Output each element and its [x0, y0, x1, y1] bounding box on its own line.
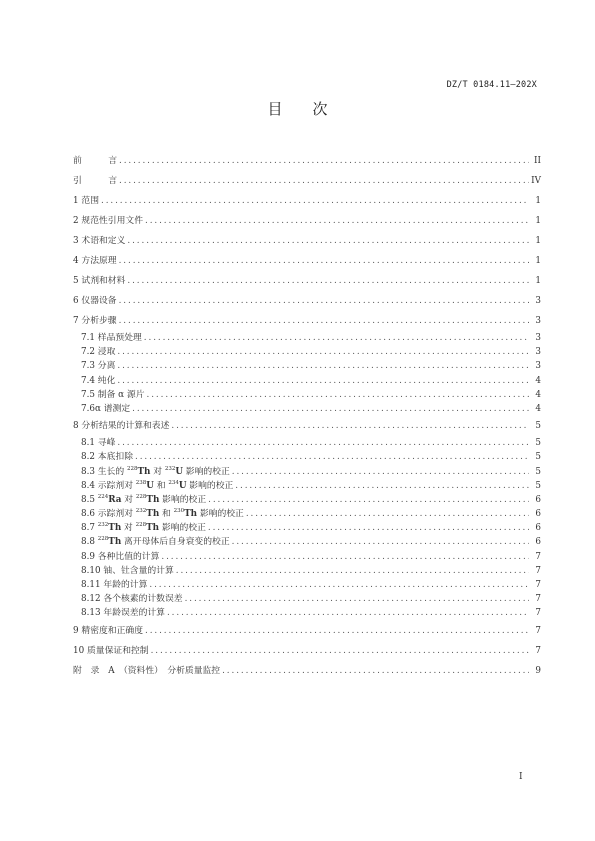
toc-label: 纯化	[98, 376, 116, 386]
toc-entry-4[interactable]: 4 方法原理 1	[73, 251, 541, 271]
leader-dots	[119, 151, 529, 171]
isotope-mass: 228	[136, 522, 147, 528]
toc-num: 3	[73, 236, 79, 246]
toc-label: 各种比值的计算	[98, 552, 160, 562]
toc-label: 各个核素的计数误差	[103, 594, 182, 604]
toc-page: 3	[531, 311, 541, 331]
toc-entry-introduction[interactable]: 引 言 IV	[73, 171, 541, 191]
leader-dots	[117, 345, 529, 359]
toc-num: 8.4	[81, 481, 95, 491]
toc-num: 4	[73, 256, 79, 266]
leader-dots	[119, 311, 529, 331]
toc-entry-7-2[interactable]: 7.2 浸取 3	[73, 345, 541, 359]
toc-label: 分析结果的计算和表述	[81, 421, 169, 431]
leader-dots	[232, 465, 529, 479]
toc-page: 3	[531, 345, 541, 359]
leader-dots	[117, 374, 529, 388]
leader-dots	[132, 402, 529, 416]
toc-label: α 谱测定	[95, 404, 130, 414]
toc-num: 6	[73, 296, 79, 306]
leader-dots	[222, 661, 529, 681]
toc-page: 5	[531, 450, 541, 464]
toc-page: 1	[531, 231, 541, 251]
toc-num: 7.4	[81, 376, 95, 386]
leader-dots	[127, 271, 529, 291]
toc-page: 4	[531, 388, 541, 402]
toc-entry-7-4[interactable]: 7.4 纯化 4	[73, 374, 541, 388]
toc-num: 7.6	[81, 404, 95, 414]
toc-entry-2[interactable]: 2 规范性引用文件 1	[73, 211, 541, 231]
leader-dots	[119, 251, 529, 271]
toc-page: 6	[531, 535, 541, 549]
element-symbol: Ra	[108, 495, 121, 505]
toc-page: 3	[531, 359, 541, 373]
element-symbol: U	[146, 481, 154, 491]
leader-dots	[119, 291, 529, 311]
leader-dots	[232, 535, 529, 549]
toc-num: 1	[73, 196, 79, 206]
toc-entry-8-2[interactable]: 8.2 本底扣除 5	[73, 450, 541, 464]
toc-num: 8.3	[81, 467, 95, 477]
toc-entry-appendix-a[interactable]: 附 录 A （资料性） 分析质量监控 9	[73, 661, 541, 681]
toc-entry-8[interactable]: 8 分析结果的计算和表述 5	[73, 416, 541, 436]
label-text: 对	[122, 495, 136, 505]
toc-page: 7	[531, 606, 541, 620]
toc-page: IV	[531, 171, 541, 191]
toc-page: 6	[531, 493, 541, 507]
toc-label: 制备 α 源片	[98, 390, 145, 400]
element-symbol: Th	[108, 523, 121, 533]
toc-label: 试剂和材料	[81, 276, 125, 286]
toc-entry-6[interactable]: 6 仪器设备 3	[73, 291, 541, 311]
toc-entry-7[interactable]: 7 分析步骤 3	[73, 311, 541, 331]
toc-label: 样品预处理	[98, 333, 142, 343]
toc-num: 2	[73, 216, 79, 226]
toc-entry-8-9[interactable]: 8.9 各种比值的计算 7	[73, 550, 541, 564]
toc-entry-8-3[interactable]: 8.3 生长的 228Th 对 232U 影响的校正 5	[73, 465, 541, 479]
isotope-mass: 224	[98, 494, 109, 500]
toc-label: 年龄误差的计算	[103, 608, 165, 618]
toc-num: 10	[73, 646, 84, 656]
toc-entry-1[interactable]: 1 范围 1	[73, 191, 541, 211]
label-text: 影响的校正	[187, 481, 234, 491]
toc-entry-8-1[interactable]: 8.1 寻峰 5	[73, 436, 541, 450]
toc-page: 1	[531, 271, 541, 291]
toc-num: 8.10	[81, 566, 101, 576]
toc-label: 浸取	[98, 347, 116, 357]
label-text: 和	[154, 481, 168, 491]
label-text: 对	[121, 523, 135, 533]
leader-dots	[208, 521, 529, 535]
toc-num: 8.11	[81, 580, 101, 590]
toc-entry-foreword[interactable]: 前 言 II	[73, 151, 541, 171]
leader-dots	[127, 231, 529, 251]
label-text: 和	[159, 509, 173, 519]
leader-dots	[208, 493, 529, 507]
toc-label: 分析步骤	[81, 316, 116, 326]
toc-num: 9	[73, 626, 79, 636]
toc-label: 本底扣除	[98, 452, 133, 462]
toc-entry-8-13[interactable]: 8.13 年龄误差的计算 7	[73, 606, 541, 620]
leader-dots	[185, 592, 529, 606]
toc-num: 8.6	[81, 509, 95, 519]
title-char-2: 次	[313, 98, 328, 119]
toc-page: 5	[531, 436, 541, 450]
toc-num: 7.1	[81, 333, 95, 343]
toc-page: 7	[531, 564, 541, 578]
toc-page: 4	[531, 402, 541, 416]
toc-label: 规范性引用文件	[81, 216, 143, 226]
toc-label: 分离	[98, 361, 116, 371]
isotope-mass: 234	[168, 480, 179, 486]
toc-page: 7	[531, 621, 541, 641]
leader-dots	[145, 211, 529, 231]
leader-dots	[145, 621, 529, 641]
toc-num: 8.7	[81, 523, 95, 533]
toc-entry-9[interactable]: 9 精密度和正确度 7	[73, 621, 541, 641]
isotope-mass: 228	[127, 466, 138, 472]
toc-label: 附 录 A （资料性） 分析质量监控	[73, 661, 220, 681]
toc-num: 5	[73, 276, 79, 286]
toc-entry-8-6[interactable]: 8.6 示踪剂对 232Th 和 230Th 影响的校正 6	[73, 507, 541, 521]
toc-num: 7.2	[81, 347, 95, 357]
toc-label: 前 言	[73, 151, 117, 171]
element-symbol: Th	[146, 509, 159, 519]
toc-entry-8-7[interactable]: 8.7 232Th 对 228Th 影响的校正 6	[73, 521, 541, 535]
toc-entry-3[interactable]: 3 术语和定义 1	[73, 231, 541, 251]
toc-label: 仪器设备	[81, 296, 116, 306]
toc-page: 7	[531, 578, 541, 592]
toc-num: 8.13	[81, 608, 101, 618]
toc-page: 7	[531, 641, 541, 661]
leader-dots	[135, 450, 529, 464]
page-number: I	[519, 772, 523, 782]
toc-num: 8.9	[81, 552, 95, 562]
page-title: 目次	[0, 98, 595, 119]
isotope-mass: 232	[136, 508, 147, 514]
label-text: 影响的校正	[159, 523, 206, 533]
element-symbol: U	[175, 467, 183, 477]
toc-label: 引 言	[73, 171, 117, 191]
toc-num: 8.1	[81, 438, 95, 448]
label-text: 影响的校正	[159, 495, 206, 505]
leader-dots	[167, 606, 529, 620]
leader-dots	[101, 191, 529, 211]
leader-dots	[246, 507, 529, 521]
isotope-mass: 228	[136, 494, 147, 500]
toc-num: 7	[73, 316, 79, 326]
toc-label: 寻峰	[98, 438, 116, 448]
label-text: 影响的校正	[183, 467, 230, 477]
leader-dots	[117, 436, 529, 450]
toc-label: 范围	[81, 196, 99, 206]
leader-dots	[171, 416, 529, 436]
element-symbol: Th	[137, 467, 150, 477]
label-text: 影响的校正	[197, 509, 244, 519]
toc-num: 8.12	[81, 594, 101, 604]
toc-entry-8-10[interactable]: 8.10 铀、钍含量的计算 7	[73, 564, 541, 578]
label-text: 对	[150, 467, 164, 477]
toc-page: 5	[531, 416, 541, 436]
toc-num: 8.5	[81, 495, 95, 505]
toc-entry-8-11[interactable]: 8.11 年龄的计算 7	[73, 578, 541, 592]
toc-page: 9	[531, 661, 541, 681]
toc-label: 铀、钍含量的计算	[103, 566, 173, 576]
toc-page: 5	[531, 479, 541, 493]
toc-num: 8.2	[81, 452, 95, 462]
leader-dots	[119, 171, 529, 191]
isotope-mass: 232	[98, 522, 109, 528]
toc-entry-7-1[interactable]: 7.1 样品预处理 3	[73, 331, 541, 345]
label-text: 生长的	[98, 467, 127, 477]
leader-dots	[235, 479, 529, 493]
toc-label: 精密度和正确度	[81, 626, 143, 636]
toc-page: II	[531, 151, 541, 171]
isotope-mass: 238	[136, 480, 147, 486]
toc-entry-10[interactable]: 10 质量保证和控制 7	[73, 641, 541, 661]
toc-num: 8	[73, 421, 79, 431]
toc-entry-7-5[interactable]: 7.5 制备 α 源片 4	[73, 388, 541, 402]
isotope-mass: 230	[174, 508, 185, 514]
isotope-mass: 228	[98, 536, 109, 542]
leader-dots	[176, 564, 529, 578]
label-text: 示踪剂对	[98, 509, 136, 519]
toc-page: 3	[531, 331, 541, 345]
toc-page: 6	[531, 507, 541, 521]
document-code: DZ/T 0184.11—202X	[447, 80, 537, 90]
toc-entry-7-3[interactable]: 7.3 分离 3	[73, 359, 541, 373]
element-symbol: Th	[108, 537, 121, 547]
leader-dots	[144, 331, 529, 345]
element-symbol: U	[179, 481, 187, 491]
toc-entry-8-8[interactable]: 8.8 228Th 离开母体后自身衰变的校正 6	[73, 535, 541, 549]
toc-entry-8-12[interactable]: 8.12 各个核素的计数误差 7	[73, 592, 541, 606]
leader-dots	[161, 550, 529, 564]
toc-page: 5	[531, 465, 541, 479]
toc-page: 6	[531, 521, 541, 535]
toc-page: 7	[531, 592, 541, 606]
leader-dots	[117, 359, 529, 373]
label-text: 离开母体后自身衰变的校正	[121, 537, 229, 547]
toc-entry-5[interactable]: 5 试剂和材料 1	[73, 271, 541, 291]
leader-dots	[151, 641, 529, 661]
toc-page: 1	[531, 251, 541, 271]
toc-entry-8-4[interactable]: 8.4 示踪剂对 238U 和 234U 影响的校正 5	[73, 479, 541, 493]
toc-page: 1	[531, 211, 541, 231]
element-symbol: Th	[184, 509, 197, 519]
toc-page: 3	[531, 291, 541, 311]
toc-label: 质量保证和控制	[87, 646, 149, 656]
toc-label: 年龄的计算	[103, 580, 147, 590]
label-text: 示踪剂对	[98, 481, 136, 491]
leader-dots	[149, 578, 529, 592]
leader-dots	[147, 388, 529, 402]
toc-label: 术语和定义	[81, 236, 125, 246]
toc-num: 8.8	[81, 537, 95, 547]
toc-num: 7.5	[81, 390, 95, 400]
element-symbol: Th	[146, 523, 159, 533]
title-char-1: 目	[267, 98, 282, 119]
toc-num: 7.3	[81, 361, 95, 371]
toc-entry-7-6[interactable]: 7.6α 谱测定 4	[73, 402, 541, 416]
element-symbol: Th	[146, 495, 159, 505]
table-of-contents: 前 言 II 引 言 IV 1 范围 1 2 规范性引用文件 1 3 术语和定义…	[73, 151, 541, 681]
toc-page: 7	[531, 550, 541, 564]
toc-page: 1	[531, 191, 541, 211]
isotope-mass: 232	[165, 466, 176, 472]
toc-label: 方法原理	[81, 256, 116, 266]
toc-page: 4	[531, 374, 541, 388]
toc-entry-8-5[interactable]: 8.5 224Ra 对 228Th 影响的校正 6	[73, 493, 541, 507]
